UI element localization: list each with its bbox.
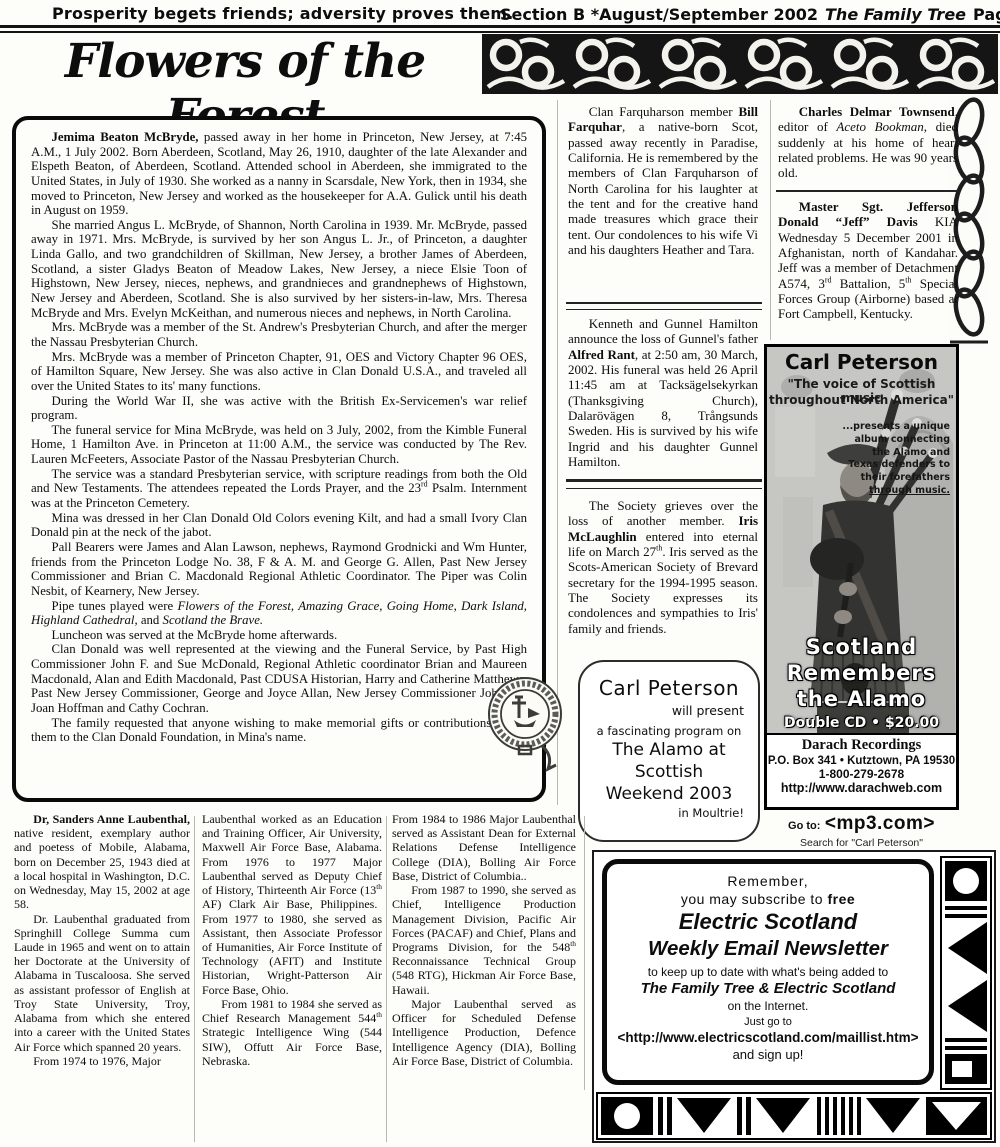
newsletter-text-box: Remember, you may subscribe to free Elec… [602,859,934,1085]
obituary-laubenthal-col3: From 1984 to 1986 Major Laubenthal serve… [392,812,576,1147]
peterson-ad: Carl Peterson "The voice of Scottish mus… [764,344,959,810]
ad-presenter-name: Carl Peterson [767,350,956,374]
newsletter-sites: The Family Tree & Electric Scotland [607,980,929,997]
promo-location: in Moultrie! [590,806,748,820]
ad-presents-line: Texas defenders to [842,459,950,472]
newsletter-internet: on the Internet. [607,999,929,1013]
column-divider [770,100,771,340]
celtic-border-band [482,34,998,94]
newspaper-page: Prosperity begets friends; adversity pro… [0,0,1000,1147]
label-url: http://www.darachweb.com [767,781,956,795]
newsletter-title-line2: Weekly Email Newsletter [607,937,929,961]
obituary-mcbryde: Jemima Beaton McBryde, passed away in he… [12,116,546,802]
album-title-line1: Scotland [767,635,956,659]
section-rule [566,302,762,310]
mp3-callout: Go to: <mp3.com> [764,813,959,835]
ad-presents-line: album connecting [842,434,950,447]
header-section: Section B *August/September 2002 [500,5,818,24]
label-phone: 1-800-279-2678 [767,767,956,781]
column-divider [194,816,195,1142]
header-paper-title: The Family Tree [825,5,966,24]
newsletter-desc: to keep up to date with what's being add… [607,965,929,979]
album-title-line3: the Alamo [767,687,956,711]
newsletter-remember: Remember, [607,873,929,889]
geometric-border-bottom [596,1092,992,1140]
celtic-knot-pattern [482,34,998,94]
record-label: Darach Recordings [767,737,956,754]
ad-presents-line: their forefathers [842,472,950,485]
section-rule [566,479,762,489]
newsletter-subscribe-text: you may subscribe to [681,891,828,907]
obituary-townsend: Charles Delmar Townsend, editor of Aceto… [778,104,958,181]
section-rule [776,190,958,192]
column-divider [584,816,585,1090]
clan-crest-seal-icon [486,672,564,778]
obituary-rant: Kenneth and Gunnel Hamilton announce the… [568,316,758,469]
column-divider [386,816,387,1142]
newsletter-free: free [827,891,855,907]
page-title: Flowers of the Forest [10,34,480,100]
album-title-line2: Remembers [767,661,956,685]
obituary-farquhar: Clan Farquharson member Bill Farquhar, a… [568,104,758,257]
promo-presenter-name: Carl Peterson [590,676,748,700]
header-rule-thick [0,25,1000,28]
obituary-laubenthal-col2: Laubenthal worked as an Education and Tr… [202,812,382,1147]
goto-site: <mp3.com> [825,813,935,834]
promo-program-line: a fascinating program on [590,724,748,738]
header-page-number: Page 13 [973,5,1000,24]
promo-event-line1: The Alamo at [590,740,748,760]
obituary-mclaughlin: The Society grieves over the loss of ano… [568,498,758,636]
mp3-search-hint: Search for "Carl Peterson" [764,837,959,849]
ad-presents-line: through music. [842,485,950,498]
ad-presents-note: ...presents a unique album connecting th… [842,421,950,498]
album-price: Double CD • $20.00 [767,715,956,731]
geometric-border-right [940,856,992,1090]
ad-contact-block: Darach Recordings P.O. Box 341 • Kutztow… [767,733,956,807]
promo-event-line3: Weekend 2003 [590,784,748,804]
ad-presents-line: the Alamo and [842,447,950,460]
header-edition: Section B *August/September 2002The Fami… [500,5,1000,24]
peterson-promo-box: Carl Peterson will present a fascinating… [578,660,760,842]
obituary-davis: Master Sgt. Jefferson Donald “Jeff” Davi… [778,199,958,322]
newsletter-signup: and sign up! [607,1047,929,1062]
promo-event-line2: Scottish [590,762,748,782]
obituary-laubenthal-col1: Dr, Sanders Anne Laubenthal, native resi… [14,812,190,1147]
promo-will-present: will present [590,703,748,718]
newsletter-url: <http://www.electricscotland.com/maillis… [607,1030,929,1045]
newsletter-title-line1: Electric Scotland [607,909,929,935]
header-motto: Prosperity begets friends; adversity pro… [52,4,514,23]
newsletter-justgo: Just go to [607,1016,929,1028]
goto-label: Go to: [788,820,820,832]
newsletter-ad: Remember, you may subscribe to free Elec… [592,850,996,1143]
label-address: P.O. Box 341 • Kutztown, PA 19530 [767,755,956,767]
ad-tagline-line2: throughout North America" [767,393,956,407]
ad-presents-line: ...presents a unique [842,421,950,434]
header-rule-thin [0,31,1000,33]
